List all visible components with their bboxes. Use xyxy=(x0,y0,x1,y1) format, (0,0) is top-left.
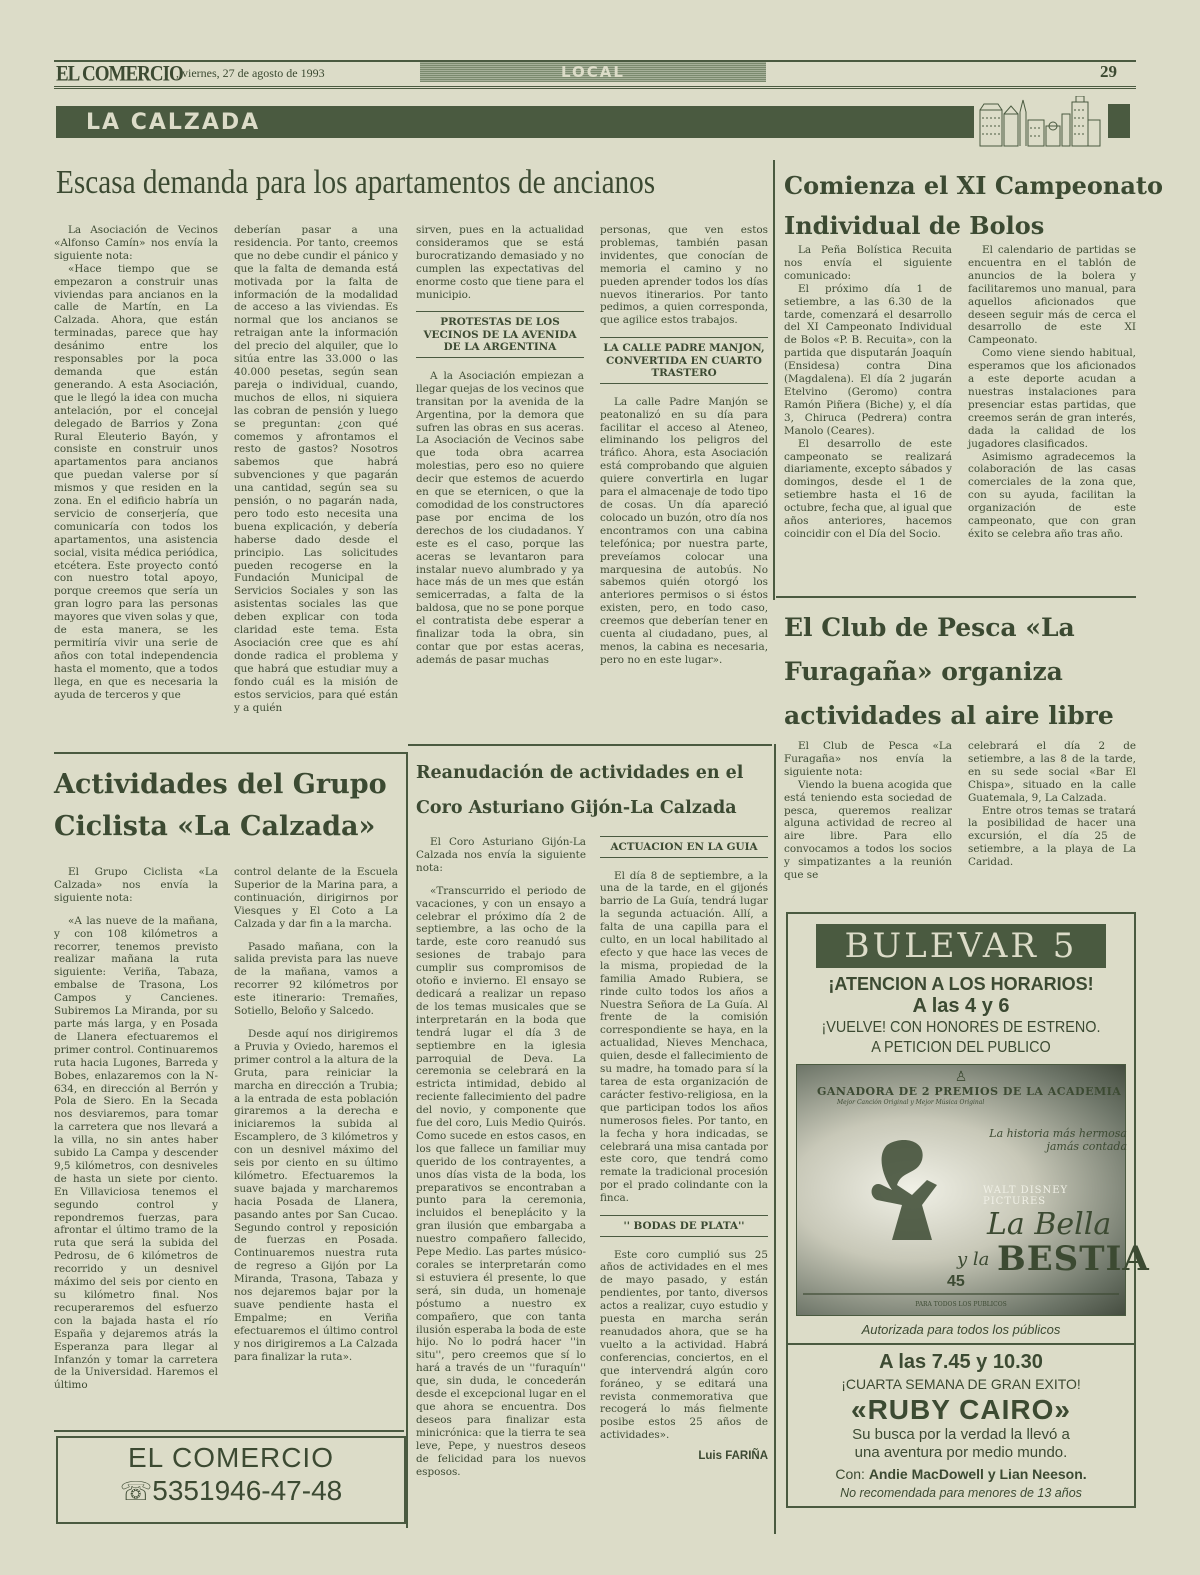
telephone-icon: ☏ xyxy=(120,1476,153,1506)
synopsis-line-1: Su busca por la verdad la llevó a xyxy=(788,1426,1134,1444)
bulevar-5-cinema-ad: BULEVAR 5 ¡ATENCION A LOS HORARIOS! A la… xyxy=(786,912,1136,1508)
week-line: ¡CUARTA SEMANA DE GRAN EXITO! xyxy=(788,1376,1134,1392)
article-3-column-1: El Club de Pesca «La Furagaña» nos envía… xyxy=(784,740,952,882)
paragraph: Pasado mañana, con la salida prevista pa… xyxy=(234,941,398,1018)
article-1-column-3: sirven, pues en la actualidad consideram… xyxy=(416,224,584,667)
paragraph: Entre otros temas se tratará la posibili… xyxy=(968,805,1136,870)
poster-credits-block xyxy=(803,1293,1119,1295)
article-4-column-2: control delante de la Escuela Superior d… xyxy=(234,866,398,1364)
poster-title-script: La Bella xyxy=(987,1207,1111,1242)
showtimes-1: A las 4 y 6 xyxy=(788,995,1134,1018)
section-rule xyxy=(776,596,1136,598)
paragraph: control delante de la Escuela Superior d… xyxy=(234,866,398,931)
rating-note-1: Autorizada para todos los públicos xyxy=(788,1322,1134,1337)
section-banner-title: LA CALZADA xyxy=(86,106,260,140)
paragraph: Viendo la buena acogida que está teniend… xyxy=(784,779,952,882)
paragraph: personas, que ven estos problemas, tambi… xyxy=(600,224,768,327)
article-5-headline: Reanudación de actividades en el Coro As… xyxy=(416,756,743,826)
paragraph: La Peña Bolística Recuita nos envía el s… xyxy=(784,244,952,283)
banner-end-block xyxy=(1108,104,1130,138)
article-1-headline: Escasa demanda para los apartamentos de … xyxy=(56,164,655,202)
section-rule xyxy=(54,1430,404,1432)
cinema-name: BULEVAR 5 xyxy=(816,924,1106,968)
poster-tagline: La historia más hermosa jamás contada xyxy=(987,1127,1127,1153)
paragraph: Desde aquí nos dirigiremos a Pruvia y Ov… xyxy=(234,1028,398,1364)
paragraph: «A las nueve de la mañana, y con 108 kil… xyxy=(54,915,218,1393)
subhead-bodas-de-plata: '' BODAS DE PLATA'' xyxy=(600,1215,768,1237)
poster-number: 45 xyxy=(947,1273,965,1291)
article-3-headline: El Club de Pesca «La Furagaña» organiza … xyxy=(784,606,1114,738)
article-4-headline: Actividades del Grupo Ciclista «La Calza… xyxy=(54,764,387,848)
return-line-2: A PETICION DEL PUBLICO xyxy=(805,1038,1116,1058)
paragraph: La Asociación de Vecinos «Alfonso Camín»… xyxy=(54,224,218,263)
poster-studio: WALT DISNEY PICTURES xyxy=(983,1185,1125,1207)
column-divider xyxy=(774,744,776,1534)
paragraph: deberían pasar a una residencia. Por tan… xyxy=(234,224,398,714)
cast-line: Con: Andie MacDowell y Lian Neeson. xyxy=(788,1466,1134,1482)
city-skyline-icon xyxy=(978,96,1102,150)
article-1-column-2: deberían pasar a una residencia. Por tan… xyxy=(234,224,398,714)
paragraph: «Hace tiempo que se empezaron a construi… xyxy=(54,263,218,702)
poster-footer: PARA TODOS LOS PUBLICOS xyxy=(797,1301,1125,1308)
paragraph: Este coro cumplió sus 25 años de activid… xyxy=(600,1249,768,1443)
paragraph: Asimismo agradecemos la colaboración de … xyxy=(968,451,1136,541)
paragraph: El Grupo Ciclista «La Calzada» nos envía… xyxy=(54,866,218,905)
section-label: LOCAL xyxy=(420,62,766,82)
poster-title-ya: y la xyxy=(957,1249,989,1270)
ad-brand: EL COMERCIO xyxy=(58,1442,404,1474)
article-4-column-1: El Grupo Ciclista «La Calzada» nos envía… xyxy=(54,866,218,1392)
article-2-column-2: El calendario de partidas se encuentra e… xyxy=(968,244,1136,541)
paragraph: La calle Padre Manjón se peatonalizó en … xyxy=(600,396,768,667)
dancing-couple-silhouette xyxy=(857,1135,967,1245)
poster-award-line: GANADORA DE 2 PREMIOS DE LA ACADEMIA xyxy=(817,1085,1121,1098)
ad-phone-number: 5351946-47-48 xyxy=(152,1475,342,1506)
paragraph: celebrará el día 2 de setiembre, a las 8… xyxy=(968,740,1136,805)
byline: Luis FARIÑA xyxy=(600,1450,768,1463)
article-5-column-2: ACTUACION EN LA GUIA El día 8 de septiem… xyxy=(600,836,768,1463)
rating-note-2: No recomendada para menores de 13 años xyxy=(788,1486,1134,1500)
article-1-column-1: La Asociación de Vecinos «Alfonso Camín»… xyxy=(54,224,218,702)
column-divider xyxy=(406,752,408,1528)
article-2-headline: Comienza el XI Campeonato Individual de … xyxy=(784,166,1163,246)
film-title-ruby-cairo: «RUBY CAIRO» xyxy=(788,1394,1134,1426)
return-line-1: ¡VUELVE! CON HONORES DE ESTRENO. xyxy=(805,1018,1116,1038)
section-rule xyxy=(54,752,406,754)
paragraph: El Club de Pesca «La Furagaña» nos envía… xyxy=(784,740,952,779)
paragraph: El desarrollo de este campeonato se real… xyxy=(784,438,952,541)
paragraph: «Transcurrido el periodo de vacaciones, … xyxy=(416,885,586,1479)
dateline: , viernes, 27 de agosto de 1993 xyxy=(176,66,325,81)
article-1-column-4: personas, que ven estos problemas, tambi… xyxy=(600,224,768,667)
el-comercio-phone-ad: EL COMERCIO ☏5351946-47-48 xyxy=(56,1436,406,1524)
oscar-statuette-icon: ♙ xyxy=(797,1069,1125,1085)
subhead-padre-manjon: LA CALLE PADRE MANJON, CONVERTIDA EN CUA… xyxy=(600,337,768,384)
synopsis-line-2: una aventura por medio mundo. xyxy=(788,1444,1134,1462)
page-number: 29 xyxy=(1100,62,1117,82)
article-5-column-1: El Coro Asturiano Gijón-La Calzada nos e… xyxy=(416,836,586,1478)
article-3-column-2: celebrará el día 2 de setiembre, a las 8… xyxy=(968,740,1136,869)
poster-title-main: BESTIA xyxy=(997,1239,1150,1279)
ad-divider xyxy=(788,1343,1134,1345)
masthead-logo: EL COMERCIO xyxy=(56,62,183,87)
subhead-actuacion: ACTUACION EN LA GUIA xyxy=(600,836,768,858)
paragraph: Como viene siendo habitual, esperamos qu… xyxy=(968,347,1136,450)
ad-phone-line: ☏5351946-47-48 xyxy=(58,1474,404,1508)
article-2-column-1: La Peña Bolística Recuita nos envía el s… xyxy=(784,244,952,541)
poster-award-sub: Mejor Canción Original y Mejor Música Or… xyxy=(837,1099,984,1106)
paragraph: El Coro Asturiano Gijón-La Calzada nos e… xyxy=(416,836,586,875)
movie-poster-la-bella-y-la-bestia: ♙ GANADORA DE 2 PREMIOS DE LA ACADEMIA M… xyxy=(796,1064,1126,1316)
showtimes-2: A las 7.45 y 10.30 xyxy=(788,1351,1134,1374)
paragraph: A la Asociación empiezan a llegar quejas… xyxy=(416,370,584,667)
paragraph: sirven, pues en la actualidad consideram… xyxy=(416,224,584,301)
subhead-protestas: PROTESTAS DE LOS VECINOS DE LA AVENIDA D… xyxy=(416,311,584,358)
column-divider xyxy=(773,160,775,600)
ad-notice: ¡ATENCION A LOS HORARIOS! xyxy=(788,974,1134,995)
paragraph: El día 8 de septiembre, a la una de la t… xyxy=(600,870,768,1206)
paragraph: El calendario de partidas se encuentra e… xyxy=(968,244,1136,347)
paragraph: El próximo día 1 de setiembre, a las 6.3… xyxy=(784,283,952,438)
section-rule xyxy=(408,744,772,746)
